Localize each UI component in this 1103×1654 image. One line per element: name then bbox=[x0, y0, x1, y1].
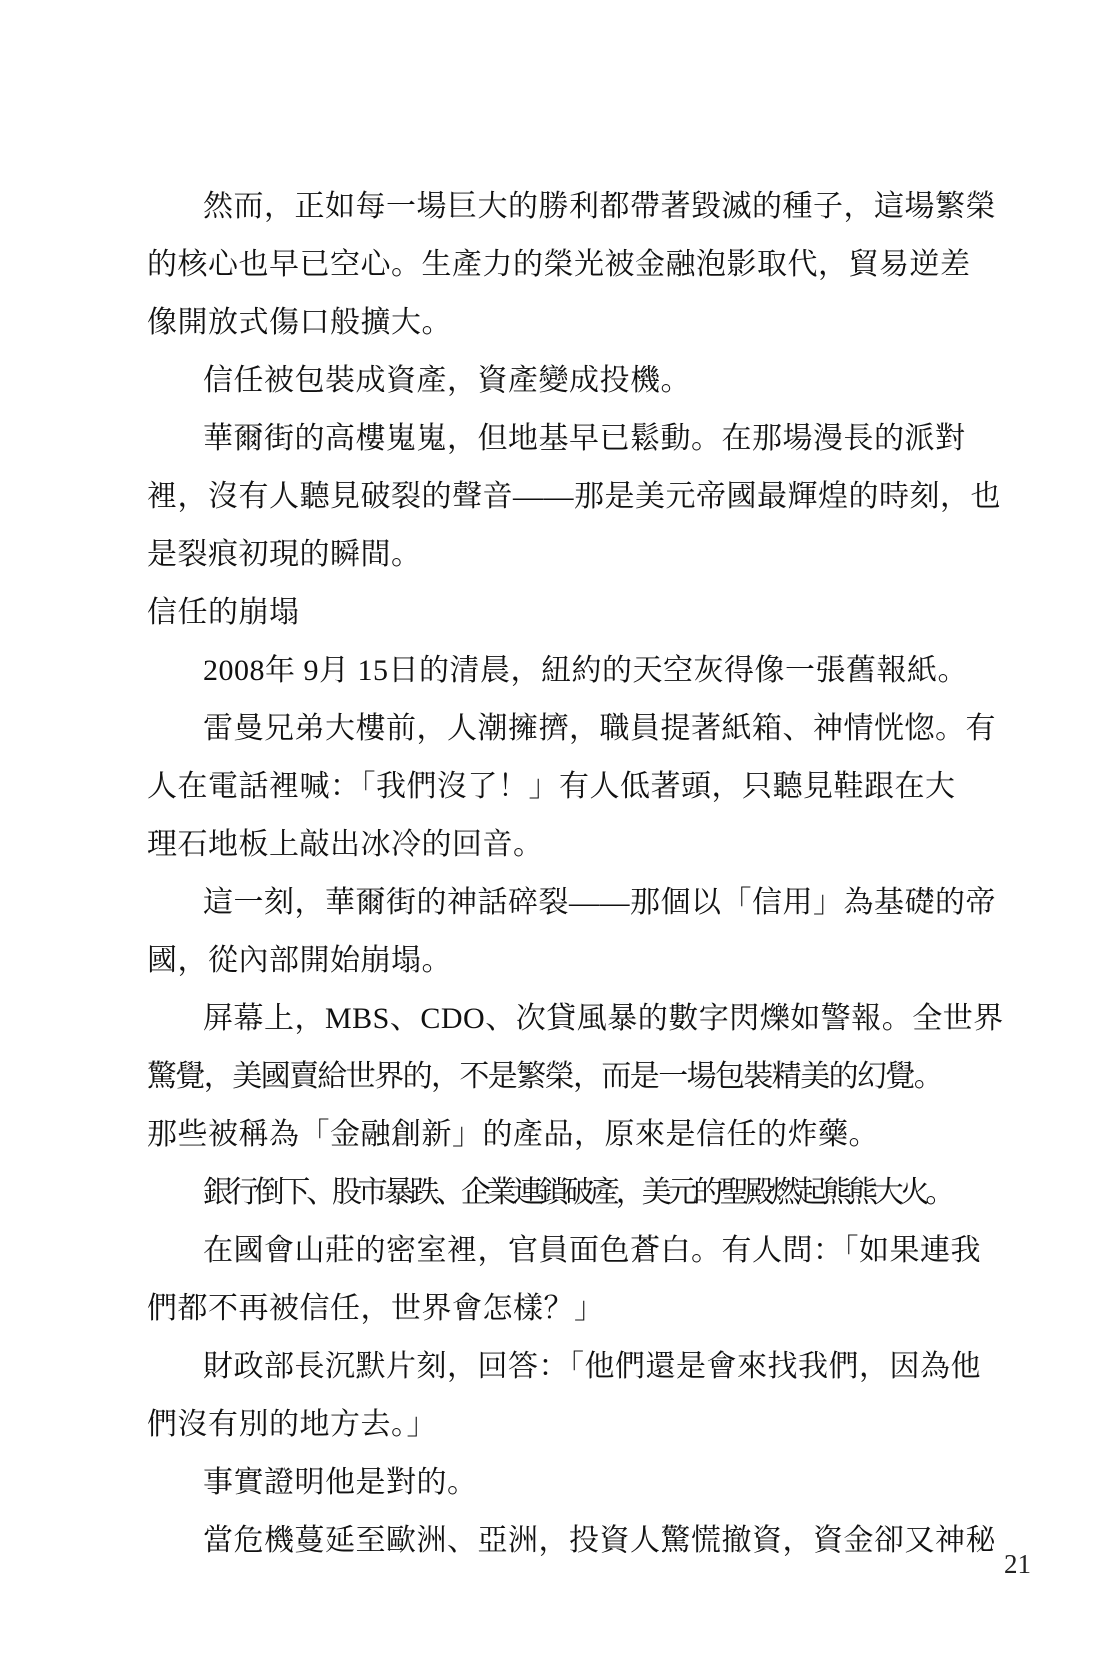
text-line: 裡，沒有人聽見破裂的聲音——那是美元帝國最輝煌的時刻，也 bbox=[147, 468, 959, 526]
text-line: 信任被包裝成資產，資產變成投機。 bbox=[147, 352, 959, 410]
text-line: 銀行倒下、股市暴跌、企業連鎖破產，美元的聖殿燃起熊熊大火。 bbox=[147, 1164, 959, 1222]
text-line: 2008年 9月 15日的清晨，紐約的天空灰得像一張舊報紙。 bbox=[147, 642, 959, 700]
text-line: 是裂痕初現的瞬間。 bbox=[147, 526, 959, 584]
text-line: 當危機蔓延至歐洲、亞洲，投資人驚慌撤資，資金卻又神秘 bbox=[147, 1512, 959, 1570]
text-line: 那些被稱為「金融創新」的產品，原來是信任的炸藥。 bbox=[147, 1106, 959, 1164]
text-line: 們沒有別的地方去。」 bbox=[147, 1396, 959, 1454]
section-heading: 信任的崩塌 bbox=[147, 584, 959, 642]
text-line: 人在電話裡喊：「我們沒了！」有人低著頭，只聽見鞋跟在大 bbox=[147, 758, 959, 816]
text-line: 雷曼兄弟大樓前，人潮擁擠，職員提著紙箱、神情恍惚。有 bbox=[147, 700, 959, 758]
text-line: 們都不再被信任，世界會怎樣？」 bbox=[147, 1280, 959, 1338]
text-line: 理石地板上敲出冰冷的回音。 bbox=[147, 816, 959, 874]
text-line: 屏幕上，MBS、CDO、次貸風暴的數字閃爍如警報。全世界 bbox=[147, 990, 959, 1048]
page-number: 21 bbox=[1004, 1548, 1031, 1580]
text-line: 華爾街的高樓嵬嵬，但地基早已鬆動。在那場漫長的派對 bbox=[147, 410, 959, 468]
text-line: 然而，正如每一場巨大的勝利都帶著毀滅的種子，這場繁榮 bbox=[147, 178, 959, 236]
text-line: 像開放式傷口般擴大。 bbox=[147, 294, 959, 352]
text-line: 在國會山莊的密室裡，官員面色蒼白。有人問：「如果連我 bbox=[147, 1222, 959, 1280]
text-line: 的核心也早已空心。生產力的榮光被金融泡影取代，貿易逆差 bbox=[147, 236, 959, 294]
text-line: 這一刻，華爾街的神話碎裂——那個以「信用」為基礎的帝 bbox=[147, 874, 959, 932]
text-line: 事實證明他是對的。 bbox=[147, 1454, 959, 1512]
text-block: 然而，正如每一場巨大的勝利都帶著毀滅的種子，這場繁榮的核心也早已空心。生產力的榮… bbox=[147, 178, 959, 1570]
book-page: 然而，正如每一場巨大的勝利都帶著毀滅的種子，這場繁榮的核心也早已空心。生產力的榮… bbox=[0, 0, 1103, 1654]
text-line: 驚覺，美國賣給世界的，不是繁榮，而是一場包裝精美的幻覺。 bbox=[147, 1048, 959, 1106]
text-line: 國，從內部開始崩塌。 bbox=[147, 932, 959, 990]
text-line: 財政部長沉默片刻，回答：「他們還是會來找我們，因為他 bbox=[147, 1338, 959, 1396]
